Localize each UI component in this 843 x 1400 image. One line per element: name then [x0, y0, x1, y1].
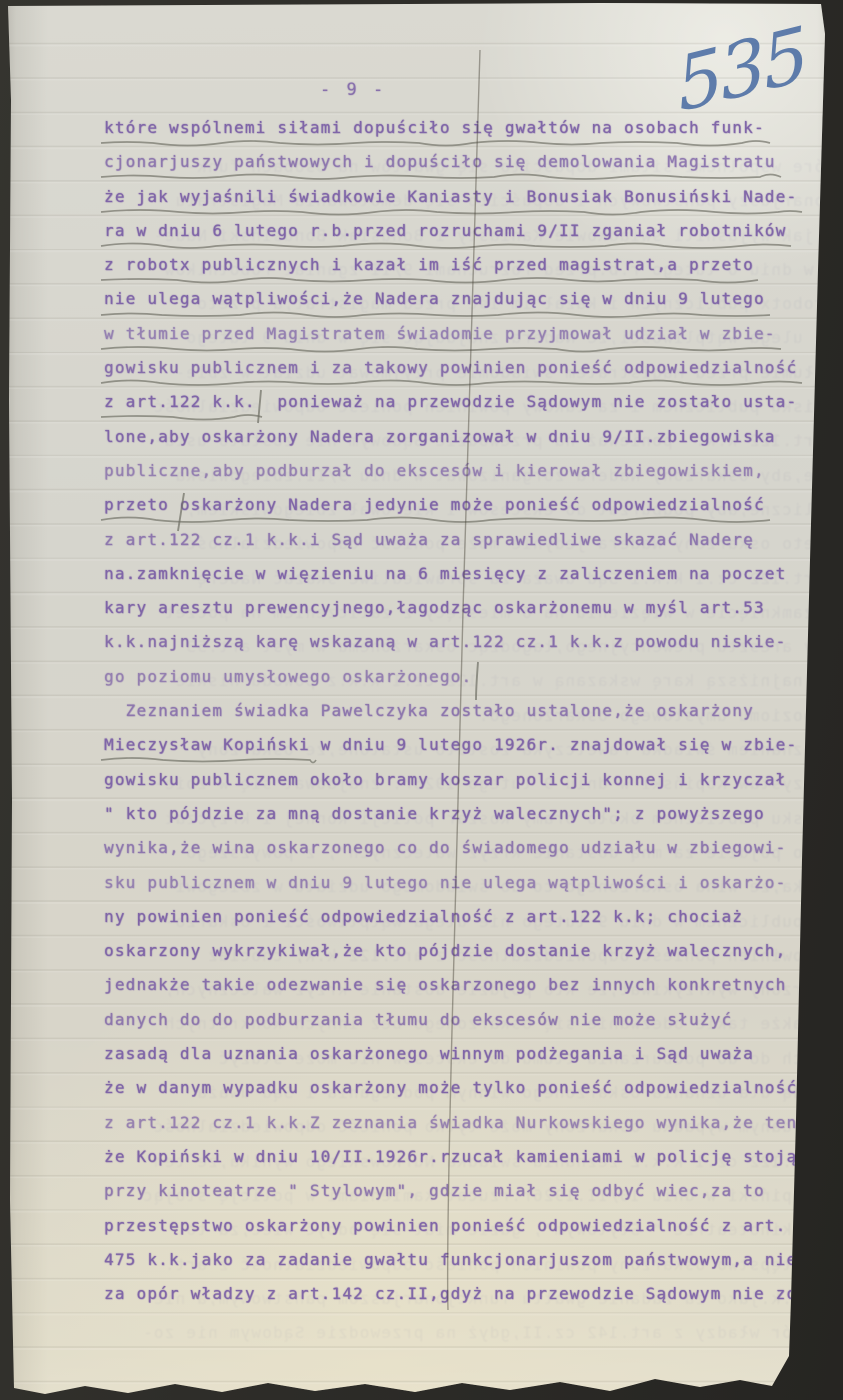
document-line: wynika,że wina oskarzonego co do świadom… — [104, 831, 843, 865]
document-line: z art.122 k.k. ponieważ na przewodzie Są… — [104, 385, 843, 419]
document-line: go poziomu umysłowego oskarżonego. — [104, 660, 843, 694]
document-line: na.zamknięcie w więzieniu na 6 miesięcy … — [104, 557, 843, 591]
document-line: Mieczysław Kopiński w dniu 9 lutego 1926… — [104, 728, 843, 762]
document-line: ny powinien ponieść odpowiedzialność z a… — [104, 900, 843, 934]
page-number: - 9 - — [320, 80, 386, 100]
document-body: które wspólnemi siłami dopuściło się gwa… — [104, 111, 843, 1311]
document-line: lone,aby oskarżony Nadera zorganizował w… — [104, 420, 843, 454]
document-line: że jak wyjaśnili świadkowie Kaniasty i B… — [104, 180, 843, 214]
document-line: zasadą dla uznania oskarżonego winnym po… — [104, 1037, 843, 1071]
document-line: przy kinoteatrze " Stylowym", gdzie miał… — [104, 1174, 843, 1208]
document-line: ra w dniu 6 lutego r.b.przed rozruchami … — [104, 214, 843, 248]
document-line: danych do do podburzania tłumu do eksces… — [104, 1003, 843, 1037]
document-line: że w danym wypadku oskarżony może tylko … — [104, 1071, 843, 1105]
paper-sheet: które wspólnemi siłami dopuściło się gwa… — [0, 0, 843, 1400]
document-line: cjonarjuszy państwowych i dopuściło się … — [104, 145, 843, 179]
document-line: publiczne,aby podburzał do ekscesów i ki… — [104, 454, 843, 488]
document-line: k.k.najniższą karę wskazaną w art.122 cz… — [104, 625, 843, 659]
document-line: kary aresztu prewencyjnego,łagodząc oska… — [104, 591, 843, 625]
document-line: 475 k.k.jako za zadanie gwałtu funkcjona… — [104, 1243, 843, 1277]
document-line: Zeznaniem świadka Pawelczyka zostało ust… — [104, 694, 843, 728]
document-line: które wspólnemi siłami dopuściło się gwa… — [104, 111, 843, 145]
document-line: oskarzony wykrzykiwał,że kto pójdzie dos… — [104, 934, 843, 968]
document-line: nie ulega wątpliwości,że Nadera znajdują… — [104, 282, 843, 316]
document-line: przeto oskarżony Nadera jedynie może pon… — [104, 488, 843, 522]
bleed-line: za opór władzy z art.142 cz.II,gdyż na p… — [104, 1316, 843, 1350]
document-line: z robotx publicznych i kazał im iść prze… — [104, 248, 843, 282]
document-line: przestępstwo oskarżony powinien ponieść … — [104, 1209, 843, 1243]
document-line: gowisku publicznem około bramy koszar po… — [104, 763, 843, 797]
document-line: że Kopiński w dniu 10/II.1926r.rzucał ka… — [104, 1140, 843, 1174]
document-line: z art.122 cz.1 k.k.i Sąd uważa za sprawi… — [104, 523, 843, 557]
document-line: gowisku publicznem i za takowy powinien … — [104, 351, 843, 385]
document-line: w tłumie przed Magistratem świadomie prz… — [104, 317, 843, 351]
scan-background: { "document": { "page_number": "- 9 -", … — [0, 0, 843, 1400]
document-line: " kto pójdzie za mną dostanie krzyż wale… — [104, 797, 843, 831]
document-line: z art.122 cz.1 k.k.Z zeznania świadka Nu… — [104, 1106, 843, 1140]
document-line: jednakże takie odezwanie się oskarzonego… — [104, 968, 843, 1002]
document-line: za opór władzy z art.142 cz.II,gdyż na p… — [104, 1277, 843, 1311]
document-line: sku publicznem w dniu 9 lutego nie ulega… — [104, 866, 843, 900]
